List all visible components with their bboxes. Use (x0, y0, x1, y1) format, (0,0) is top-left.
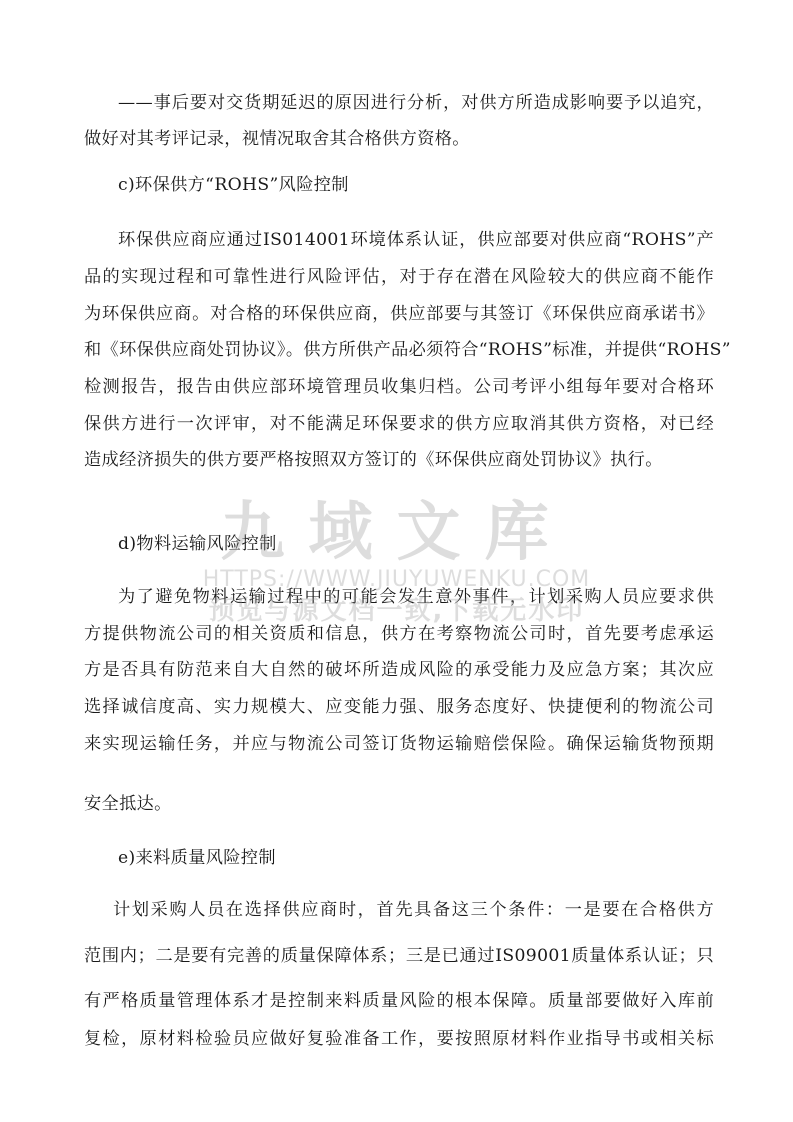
paragraph-line: ——事后要对交货期延迟的原因进行分析，对供方所造成影响要予以追究， (118, 92, 714, 114)
paragraph-line: 来实现运输任务，并应与物流公司签订货物运输赔偿保险。确保运输货物预期 (84, 733, 714, 755)
paragraph-line: 和《环保供应商处罚协议》。供方所供产品必须符合“ROHS”标准，并提供“ROHS… (84, 339, 714, 361)
section-heading: c)环保供方“ROHS”风险控制 (118, 174, 714, 196)
paragraph-line: 安全抵达。 (84, 793, 714, 815)
paragraph-line: 造成经济损失的供方要严格按照双方签订的《环保供应商处罚协议》执行。 (84, 449, 714, 471)
paragraph-line: 为了避免物料运输过程中的可能会发生意外事件，计划采购人员应要求供 (118, 586, 714, 608)
section-heading: e)来料质量风险控制 (118, 847, 714, 869)
paragraph-line: 方提供物流公司的相关资质和信息，供方在考察物流公司时，首先要考虑承运 (84, 623, 714, 645)
paragraph-line: 检测报告，报告由供应部环境管理员收集归档。公司考评小组每年要对合格环 (84, 376, 714, 398)
paragraph-line: 为环保供应商。对合格的环保供应商，供应部要与其签订《环保供应商承诺书》 (84, 303, 714, 325)
paragraph-line: 环保供应商应通过IS014001环境体系认证，供应部要对供应商“ROHS”产 (118, 229, 714, 251)
paragraph-line: 范围内；二是要有完善的质量保障体系；三是已通过IS09001质量体系认证；只 (84, 945, 714, 967)
paragraph-line: 保供方进行一次评审，对不能满足环保要求的供方应取消其供方资格，对已经 (84, 413, 714, 435)
section-heading: d)物料运输风险控制 (118, 533, 714, 555)
paragraph-line: 复检，原材料检验员应做好复验准备工作，要按照原材料作业指导书或相关标 (84, 1028, 714, 1050)
paragraph-line: 做好对其考评记录，视情况取舍其合格供方资格。 (84, 128, 714, 150)
paragraph-line: 品的实现过程和可靠性进行风险评估，对于存在潜在风险较大的供应商不能作 (84, 266, 714, 288)
paragraph-line: 计划采购人员在选择供应商时，首先具备这三个条件：一是要在合格供方 (113, 899, 714, 921)
document-page: ——事后要对交货期延迟的原因进行分析，对供方所造成影响要予以追究，做好对其考评记… (0, 0, 793, 1122)
paragraph-line: 有严格质量管理体系才是控制来料质量风险的根本保障。质量部要做好入库前 (84, 990, 714, 1012)
paragraph-line: 选择诚信度高、实力规模大、应变能力强、服务态度好、快捷便利的物流公司 (84, 696, 714, 718)
paragraph-line: 方是否具有防范来自大自然的破坏所造成风险的承受能力及应急方案；其次应 (84, 659, 714, 681)
